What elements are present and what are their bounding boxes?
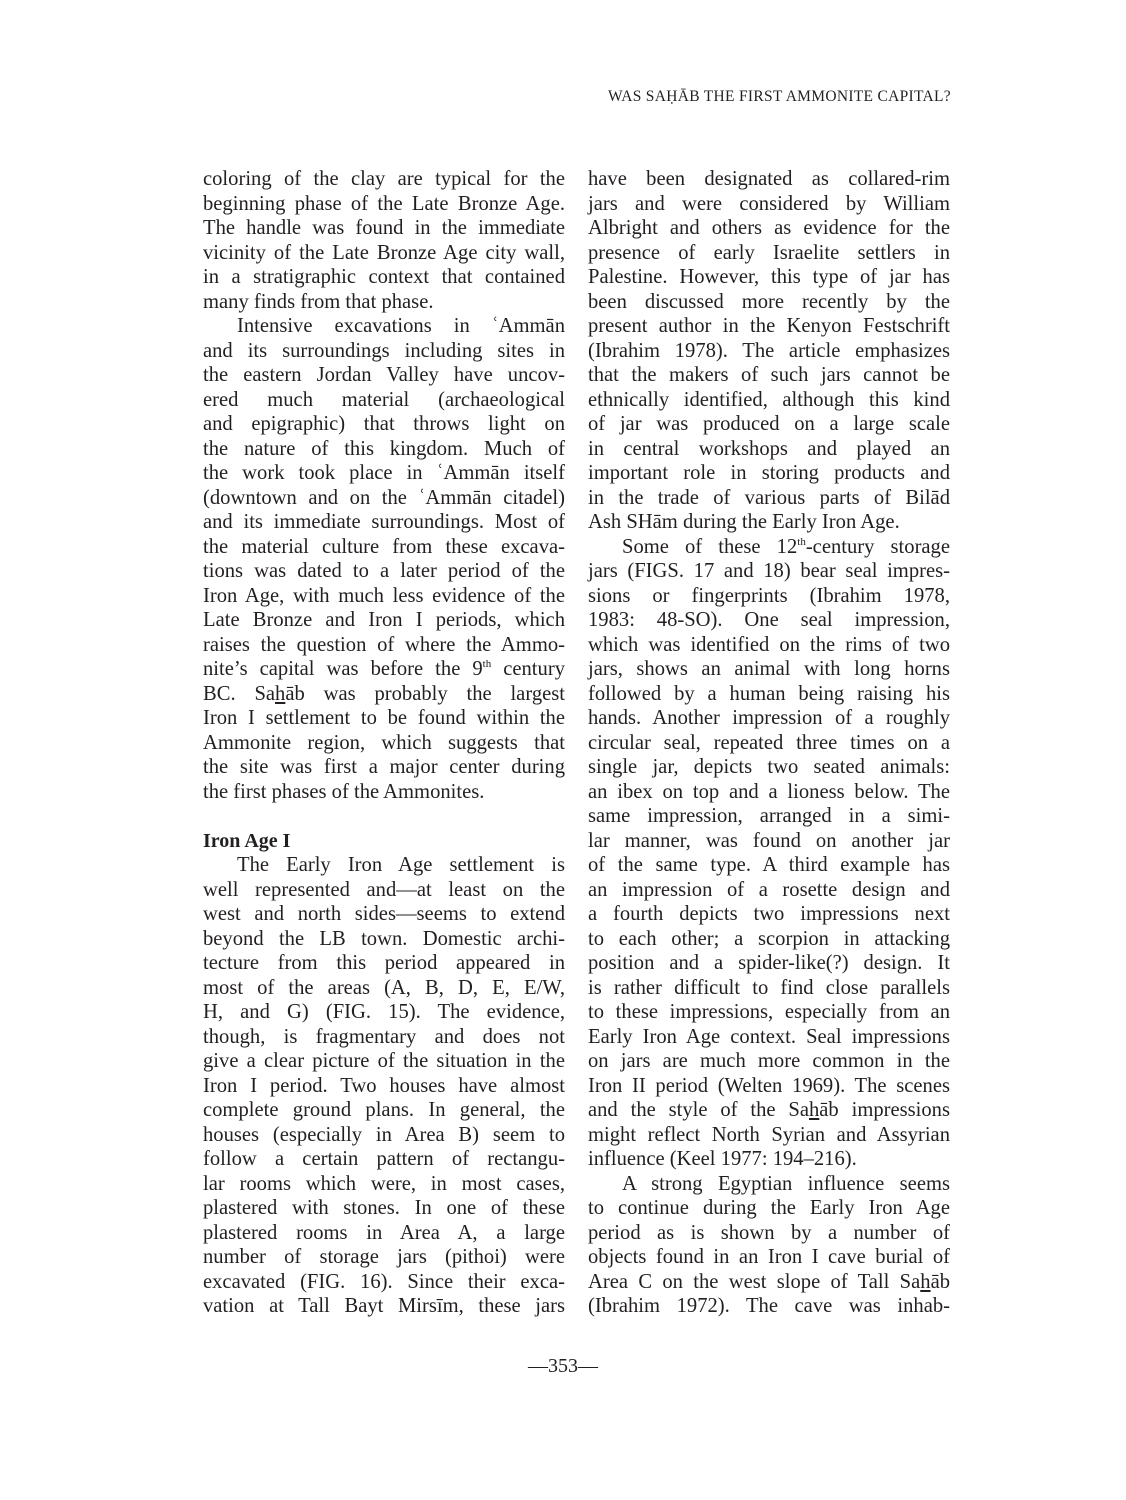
underlined-letter: h	[275, 683, 285, 705]
text-line: to these impressions, especially from an	[588, 1000, 950, 1025]
text-line: on jars are much more common in the	[588, 1049, 950, 1074]
text-line: A strong Egyptian influence seems	[588, 1172, 950, 1197]
superscript: th	[797, 536, 806, 548]
text-line: coloring of the clay are typical for the	[203, 167, 565, 192]
text-line: H, and G) (FIG. 15). The evidence,	[203, 1000, 565, 1025]
text-line: the eastern Jordan Valley have uncov-	[203, 363, 565, 388]
running-head-title: WAS SAḤĀB THE FIRST AMMONITE CAPITAL?	[608, 88, 951, 106]
text-line: position and a spider-like(?) design. It	[588, 951, 950, 976]
text-line: circular seal, repeated three times on a	[588, 731, 950, 756]
text-line: of jar was produced on a large scale	[588, 412, 950, 437]
superscript: th	[483, 658, 492, 670]
text-line: Palestine. However, this type of jar has	[588, 265, 950, 290]
text-line: Iron I period. Two houses have almost	[203, 1074, 565, 1099]
text-line: followed by a human being raising his	[588, 682, 950, 707]
text-line: to each other; a scorpion in attacking	[588, 927, 950, 952]
text-line: of the same type. A third example has	[588, 853, 950, 878]
section-heading: Iron Age I	[203, 829, 565, 854]
text-line: an ibex on top and a lioness below. The	[588, 780, 950, 805]
text-line: vicinity of the Late Bronze Age city wal…	[203, 241, 565, 266]
text-fragment: nite’s capital was before the 9	[203, 658, 483, 680]
text-fragment: century	[491, 658, 565, 680]
text-line: beyond the LB town. Domestic archi-	[203, 927, 565, 952]
text-line: the nature of this kingdom. Much of	[203, 437, 565, 462]
text-line: which was identified on the rims of two	[588, 633, 950, 658]
text-line: Early Iron Age context. Seal impressions	[588, 1025, 950, 1050]
text-line: ered much material (archaeological	[203, 388, 565, 413]
right-column: have been designated as collared-rim jar…	[588, 167, 950, 1319]
text-line: Ammonite region, which suggests that	[203, 731, 565, 756]
text-line: give a clear picture of the situation in…	[203, 1049, 565, 1074]
text-line: vation at Tall Bayt Mirsīm, these jars	[203, 1294, 565, 1319]
text-line: Intensive excavations in ʿAmmān	[203, 314, 565, 339]
text-line: might reflect North Syrian and Assyrian	[588, 1123, 950, 1148]
text-line: lar rooms which were, in most cases,	[203, 1172, 565, 1197]
text-line: single jar, depicts two seated animals:	[588, 755, 950, 780]
text-line: the first phases of the Ammonites.	[203, 780, 565, 805]
text-line: BC. Sahāb was probably the largest	[203, 682, 565, 707]
text-line: jars (FIGS. 17 and 18) bear seal impres-	[588, 559, 950, 584]
text-fragment: Area C on the west slope of Tall Sa	[588, 1271, 920, 1293]
text-line: though, is fragmentary and does not	[203, 1025, 565, 1050]
text-line: excavated (FIG. 16). Since their exca-	[203, 1270, 565, 1295]
text-line: an impression of a rosette design and	[588, 878, 950, 903]
text-line: plastered rooms in Area A, a large	[203, 1221, 565, 1246]
text-line: beginning phase of the Late Bronze Age.	[203, 192, 565, 217]
text-line: have been designated as collared-rim	[588, 167, 950, 192]
text-line: to continue during the Early Iron Age	[588, 1196, 950, 1221]
text-line: Late Bronze and Iron I periods, which	[203, 608, 565, 633]
text-line: been discussed more recently by the	[588, 290, 950, 315]
text-line: important role in storing products and	[588, 461, 950, 486]
text-line: in a stratigraphic context that containe…	[203, 265, 565, 290]
text-line: many finds from that phase.	[203, 290, 565, 315]
text-line: the site was first a major center during	[203, 755, 565, 780]
text-line: Iron Age, with much less evidence of the	[203, 584, 565, 609]
text-line: a fourth depicts two impressions next	[588, 902, 950, 927]
text-line: the work took place in ʿAmmān itself	[203, 461, 565, 486]
text-line: tecture from this period appeared in	[203, 951, 565, 976]
text-line: same impression, arranged in a simi-	[588, 804, 950, 829]
text-fragment: BC. Sa	[203, 683, 275, 705]
text-line: that the makers of such jars cannot be	[588, 363, 950, 388]
text-line: jars and were considered by William	[588, 192, 950, 217]
text-line: nite’s capital was before the 9th centur…	[203, 657, 565, 682]
text-fragment: Some of these 12	[622, 536, 797, 558]
text-line: objects found in an Iron I cave burial o…	[588, 1245, 950, 1270]
text-line: influence (Keel 1977: 194–216).	[588, 1147, 950, 1172]
text-line: (downtown and on the ʿAmmān citadel)	[203, 486, 565, 511]
text-line: and its surroundings including sites in	[203, 339, 565, 364]
text-fragment: āb was probably the largest	[285, 683, 565, 705]
text-line: The Early Iron Age settlement is	[203, 853, 565, 878]
text-line: Ash SHām during the Early Iron Age.	[588, 510, 950, 535]
text-line: follow a certain pattern of rectangu-	[203, 1147, 565, 1172]
text-line: Iron II period (Welten 1969). The scenes	[588, 1074, 950, 1099]
text-line: raises the question of where the Ammo-	[203, 633, 565, 658]
text-line: hands. Another impression of a roughly	[588, 706, 950, 731]
text-line: 1983: 48-SO). One seal impression,	[588, 608, 950, 633]
text-fragment: and the style of the Sa	[588, 1099, 809, 1121]
text-line: Iron I settlement to be found within the	[203, 706, 565, 731]
text-line: tions was dated to a later period of the	[203, 559, 565, 584]
text-line: Area C on the west slope of Tall Sahāb	[588, 1270, 950, 1295]
text-line: lar manner, was found on another jar	[588, 829, 950, 854]
text-line: in central workshops and played an	[588, 437, 950, 462]
underlined-letter: h	[809, 1099, 819, 1121]
text-line: jars, shows an animal with long horns	[588, 657, 950, 682]
underlined-letter: h	[920, 1271, 930, 1293]
text-line: complete ground plans. In general, the	[203, 1098, 565, 1123]
text-line: is rather difficult to find close parall…	[588, 976, 950, 1001]
text-line: plastered with stones. In one of these	[203, 1196, 565, 1221]
text-line: (Ibrahim 1972). The cave was inhab-	[588, 1294, 950, 1319]
text-line: in the trade of various parts of Bilād	[588, 486, 950, 511]
text-fragment: āb impressions	[819, 1099, 950, 1121]
text-line: number of storage jars (pithoi) were	[203, 1245, 565, 1270]
text-line: west and north sides—seems to extend	[203, 902, 565, 927]
text-line: sions or fingerprints (Ibrahim 1978,	[588, 584, 950, 609]
text-line: and the style of the Sahāb impressions	[588, 1098, 950, 1123]
left-column: coloring of the clay are typical for the…	[203, 167, 565, 1319]
text-line: period as is shown by a number of	[588, 1221, 950, 1246]
text-line: ethnically identified, although this kin…	[588, 388, 950, 413]
text-line: present author in the Kenyon Festschrift	[588, 314, 950, 339]
text-line: most of the areas (A, B, D, E, E/W,	[203, 976, 565, 1001]
text-line: and its immediate surroundings. Most of	[203, 510, 565, 535]
text-line: Some of these 12th-century storage	[588, 535, 950, 560]
text-line: The handle was found in the immediate	[203, 216, 565, 241]
text-line: the material culture from these excava-	[203, 535, 565, 560]
text-fragment: āb	[931, 1271, 950, 1293]
text-fragment: -century storage	[806, 536, 950, 558]
page-number: —353—	[0, 1355, 1126, 1378]
text-line: well represented and—at least on the	[203, 878, 565, 903]
text-line: and epigraphic) that throws light on	[203, 412, 565, 437]
text-line: houses (especially in Area B) seem to	[203, 1123, 565, 1148]
text-line: Albright and others as evidence for the	[588, 216, 950, 241]
text-line: presence of early Israelite settlers in	[588, 241, 950, 266]
text-line: (Ibrahim 1978). The article emphasizes	[588, 339, 950, 364]
